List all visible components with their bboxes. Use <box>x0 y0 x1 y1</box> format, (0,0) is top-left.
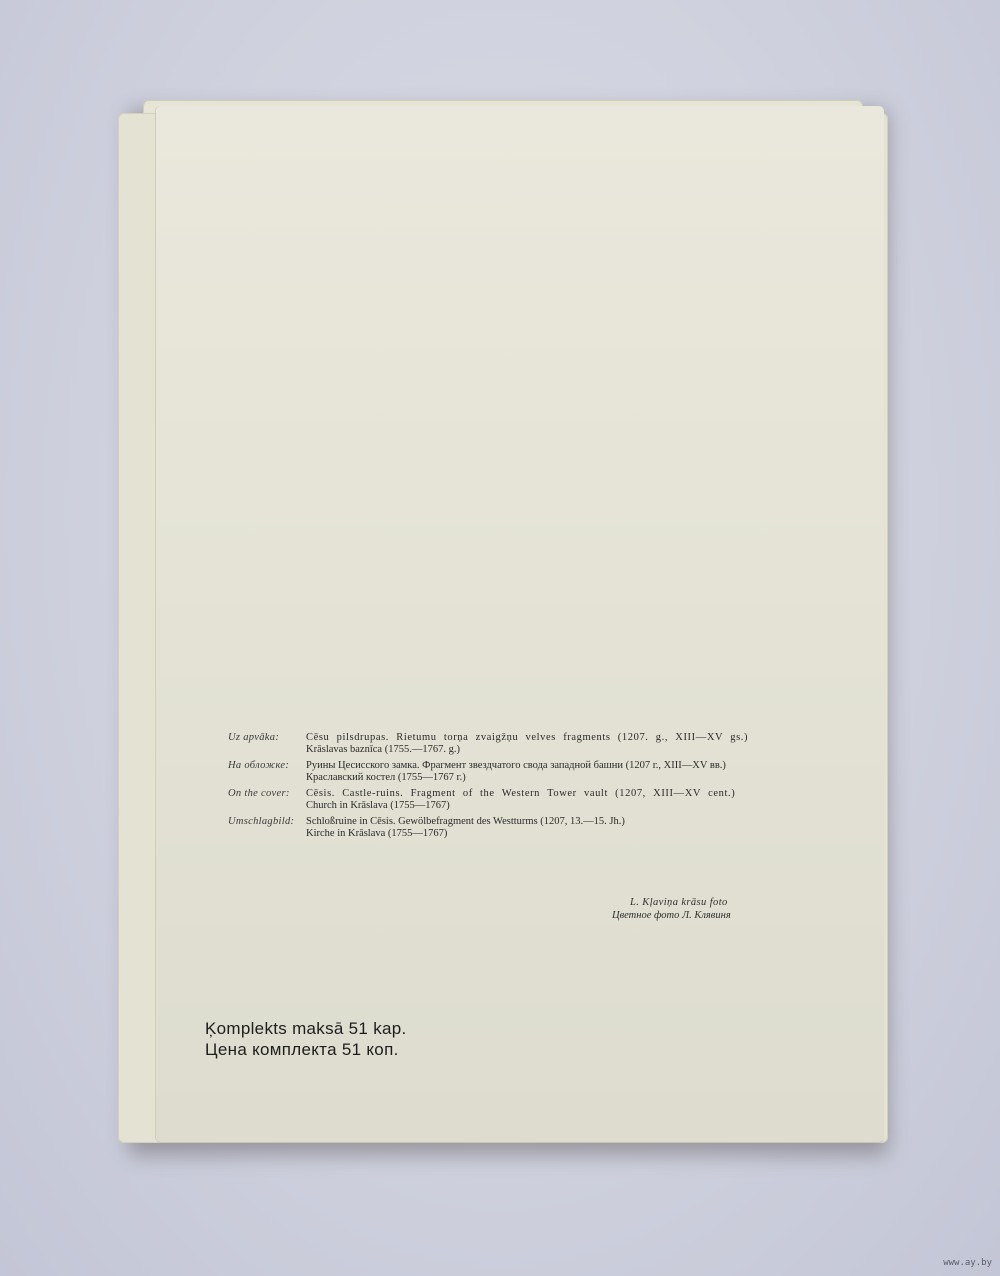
caption-line: Cēsis. Castle-ruins. Fragment of the Wes… <box>306 788 768 800</box>
caption-line: Руины Цесисского замка. Фрагмент звездча… <box>306 760 768 772</box>
caption-line: Kirche in Krāslava (1755—1767) <box>306 828 768 840</box>
price-russian: Цена комплекта 51 коп. <box>205 1039 407 1060</box>
caption-line: Church in Krāslava (1755—1767) <box>306 800 768 812</box>
photo-credit-latvian: L. Kļaviņa krāsu foto <box>612 896 731 909</box>
watermark: www.ay.by <box>943 1258 992 1268</box>
set-price: Ķomplekts maksā 51 kap. Цена комплекта 5… <box>205 1018 407 1060</box>
caption-latvian: Uz apvāka: Cēsu pilsdrupas. Rietumu torņ… <box>228 732 768 756</box>
caption-line: Краславский костел (1755—1767 г.) <box>306 772 768 784</box>
caption-russian: На обложке: Руины Цесисского замка. Фраг… <box>228 760 768 784</box>
caption-label: На обложке: <box>228 760 306 784</box>
caption-line: Krāslavas baznīca (1755.—1767. g.) <box>306 744 768 756</box>
caption-label: Umschlagbild: <box>228 816 306 840</box>
caption-german: Umschlagbild: Schloßruine in Cēsis. Gewö… <box>228 816 768 840</box>
postcard-set-back-cover <box>156 106 884 1142</box>
caption-line: Schloßruine in Cēsis. Gewölbefragment de… <box>306 816 768 828</box>
caption-line: Cēsu pilsdrupas. Rietumu torņa zvaigžņu … <box>306 732 768 744</box>
caption-label: On the cover: <box>228 788 306 812</box>
photo-credit-russian: Цветное фото Л. Клявиня <box>612 909 731 922</box>
caption-label: Uz apvāka: <box>228 732 306 756</box>
photo-credits: L. Kļaviņa krāsu foto Цветное фото Л. Кл… <box>612 896 731 922</box>
caption-english: On the cover: Cēsis. Castle-ruins. Fragm… <box>228 788 768 812</box>
cover-captions: Uz apvāka: Cēsu pilsdrupas. Rietumu torņ… <box>228 732 768 844</box>
price-latvian: Ķomplekts maksā 51 kap. <box>205 1018 407 1039</box>
